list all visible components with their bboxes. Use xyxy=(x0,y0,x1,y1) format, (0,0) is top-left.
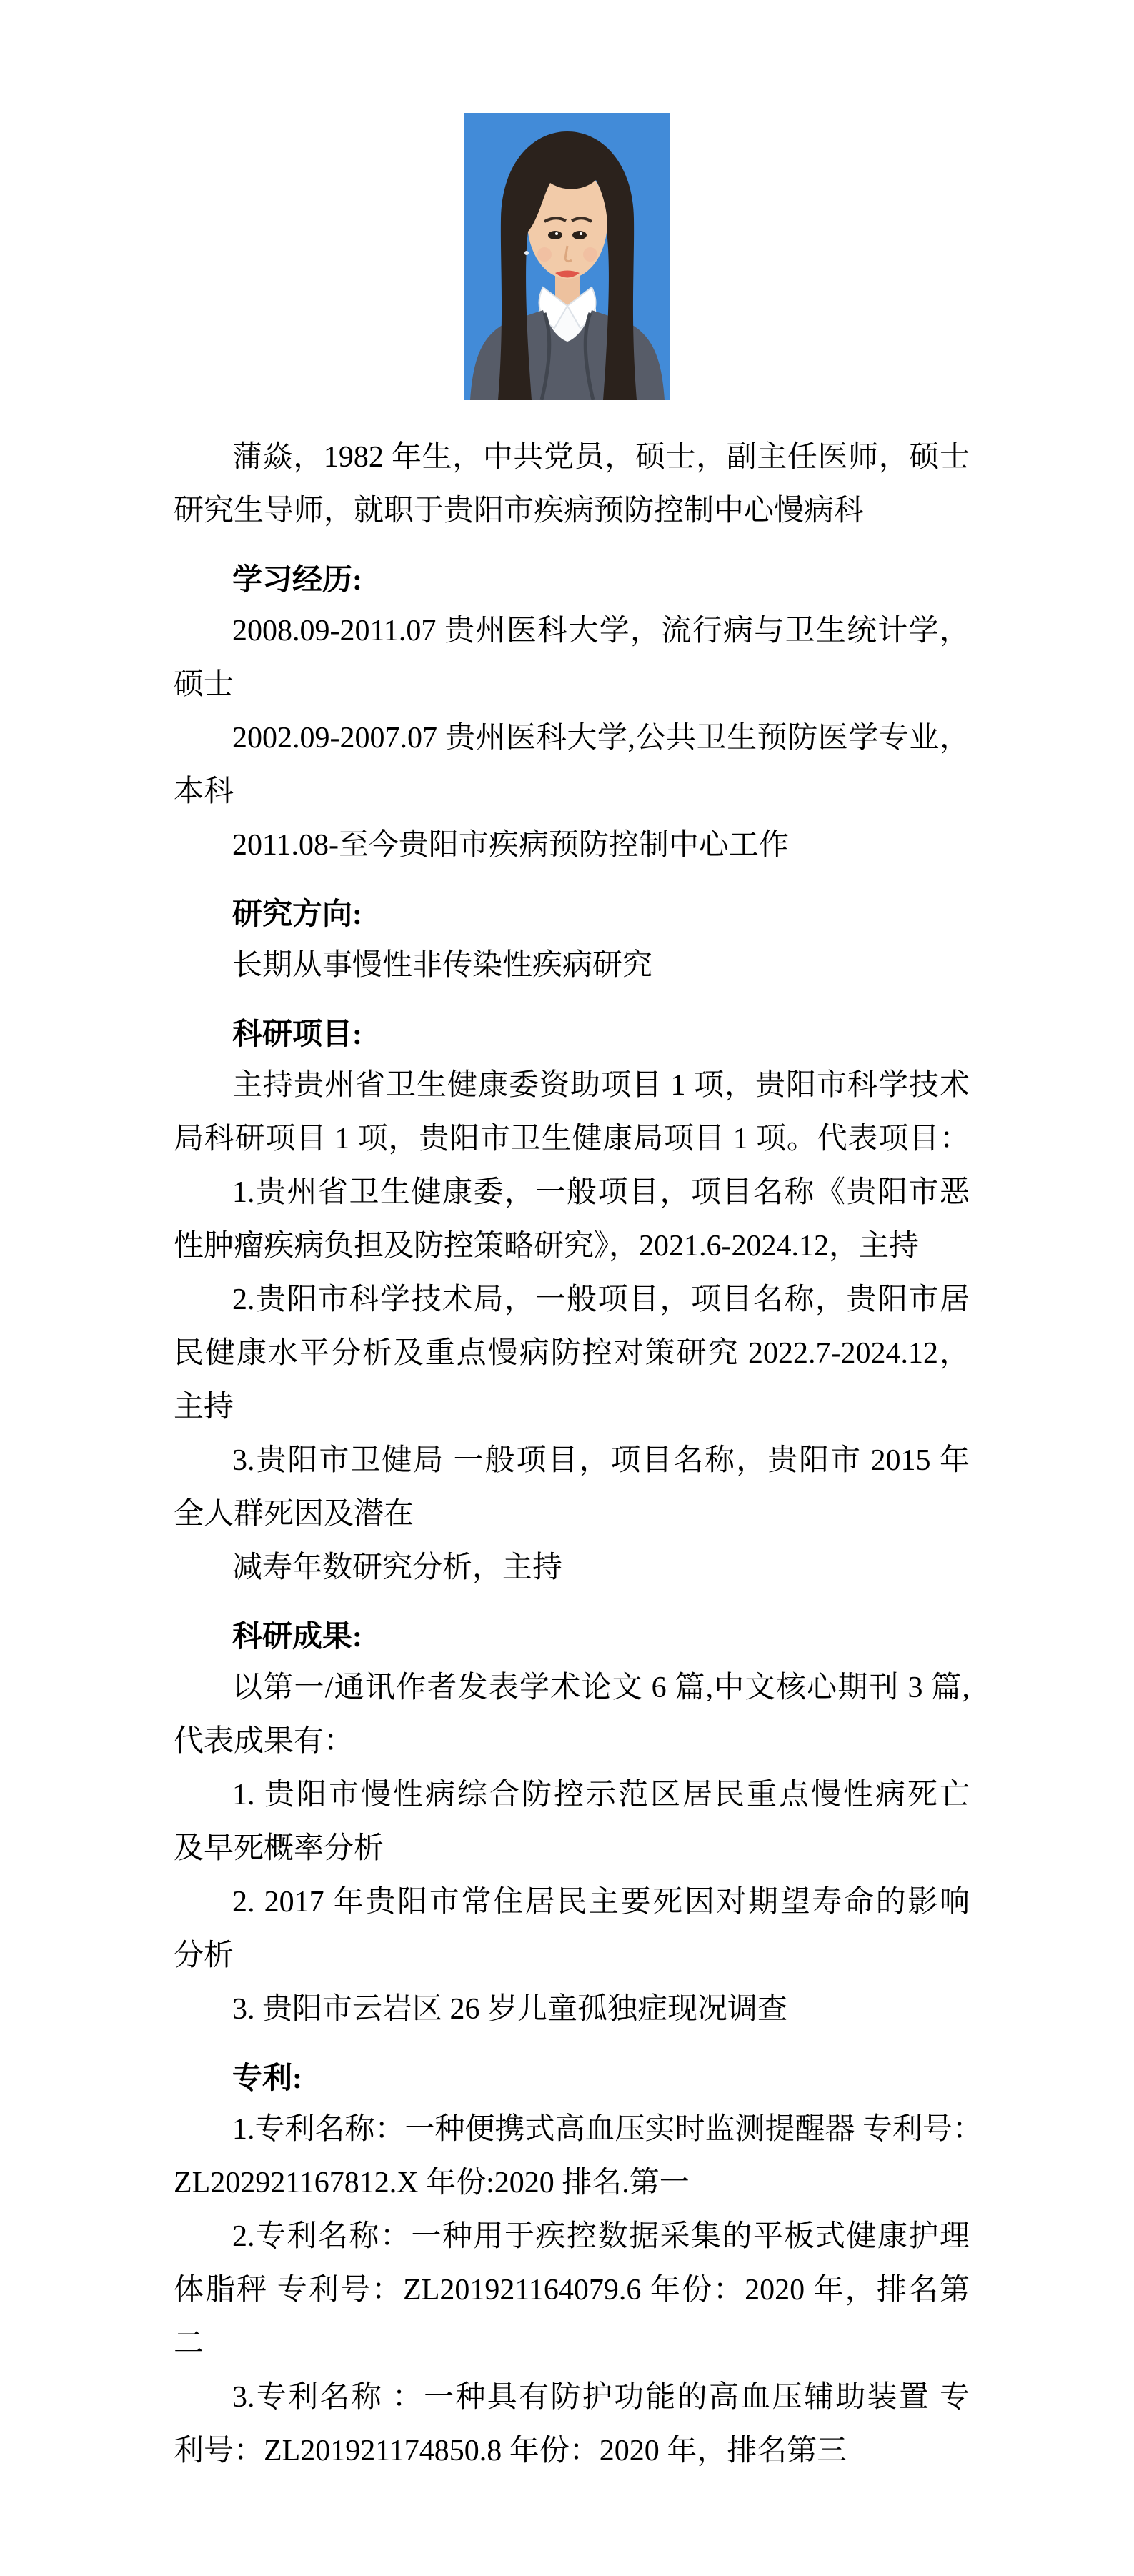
section-heading-patents: 专利: xyxy=(174,2052,970,2106)
intro-line-1: 蒲焱，1982 年生，中共党员，硕士，副主任医师，硕士 xyxy=(174,431,970,484)
section-heading-research-achievements: 科研成果: xyxy=(174,1611,970,1664)
eye-left xyxy=(548,231,562,239)
projects-line-2: 局科研项目 1 项，贵阳市卫生健康局项目 1 项。代表项目： xyxy=(174,1113,970,1166)
projects-line-8: 3.贵阳市卫健局 一般项目，项目名称，贵阳市 2015 年 xyxy=(174,1434,970,1488)
patents-line-1: 1.专利名称：一种便携式高血压实时监测提醒器 专利号： xyxy=(174,2103,970,2157)
resume-page: 蒲焱，1982 年生，中共党员，硕士，副主任医师，硕士 研究生导师，就职于贵阳市… xyxy=(0,0,1134,2576)
education-line-2: 硕士 xyxy=(174,658,970,712)
section-heading-research-direction: 研究方向: xyxy=(174,888,970,942)
eye-right xyxy=(572,231,587,239)
eye-highlight-right xyxy=(580,232,582,235)
education-line-4: 本科 xyxy=(174,765,970,819)
projects-line-3: 1.贵州省卫生健康委，一般项目，项目名称《贵阳市恶 xyxy=(174,1166,970,1220)
profile-photo xyxy=(464,113,670,400)
achievements-line-6: 分析 xyxy=(174,1929,970,1983)
patents-line-5: 二 xyxy=(174,2317,970,2371)
earring xyxy=(524,251,529,255)
patents-line-2: ZL202921167812.X 年份:2020 排名.第一 xyxy=(174,2157,970,2210)
section-heading-education: 学习经历: xyxy=(174,554,970,607)
projects-line-7: 主持 xyxy=(174,1381,970,1434)
patents-line-3: 2.专利名称：一种用于疾控数据采集的平板式健康护理 xyxy=(174,2210,970,2264)
projects-line-4: 性肿瘤疾病负担及防控策略研究》，2021.6-2024.12，主持 xyxy=(174,1220,970,1273)
achievements-line-4: 及早死概率分析 xyxy=(174,1822,970,1876)
projects-line-10: 减寿年数研究分析，主持 xyxy=(174,1541,970,1595)
education-line-5: 2011.08-至今贵阳市疾病预防控制中心工作 xyxy=(174,819,970,872)
projects-line-1: 主持贵州省卫生健康委资助项目 1 项，贵阳市科学技术 xyxy=(174,1059,970,1113)
education-line-1: 2008.09-2011.07 贵州医科大学，流行病与卫生统计学， xyxy=(174,605,970,658)
achievements-line-3: 1. 贵阳市慢性病综合防控示范区居民重点慢性病死亡 xyxy=(174,1769,970,1822)
projects-line-5: 2.贵阳市科学技术局，一般项目，项目名称，贵阳市居 xyxy=(174,1273,970,1327)
section-heading-research-projects: 科研项目: xyxy=(174,1008,970,1062)
projects-line-9: 全人群死因及潜在 xyxy=(174,1488,970,1541)
patents-line-6: 3.专利名称 ：一种具有防护功能的高血压辅助装置 专 xyxy=(174,2371,970,2425)
education-line-3: 2002.09-2007.07 贵州医科大学,公共卫生预防医学专业， xyxy=(174,712,970,765)
profile-content: 蒲焱，1982 年生，中共党员，硕士，副主任医师，硕士 研究生导师，就职于贵阳市… xyxy=(174,431,970,2478)
eye-highlight-left xyxy=(555,232,558,235)
projects-line-6: 民健康水平分析及重点慢病防控对策研究 2022.7-2024.12， xyxy=(174,1327,970,1381)
achievements-line-5: 2. 2017 年贵阳市常住居民主要死因对期望寿命的影响 xyxy=(174,1876,970,1929)
intro-line-2: 研究生导师，就职于贵阳市疾病预防控制中心慢病科 xyxy=(174,484,970,538)
blush-right xyxy=(583,247,597,262)
research-direction-line-1: 长期从事慢性非传染性疾病研究 xyxy=(174,939,970,993)
portrait-illustration xyxy=(464,113,670,400)
blush-left xyxy=(537,247,552,262)
achievements-line-7: 3. 贵阳市云岩区 26 岁儿童孤独症现况调查 xyxy=(174,1983,970,2037)
achievements-line-1: 以第一/通讯作者发表学术论文 6 篇,中文核心期刊 3 篇, xyxy=(174,1661,970,1715)
patents-line-4: 体脂秤 专利号：ZL201921164079.6 年份：2020 年，排名第 xyxy=(174,2264,970,2317)
patents-line-7: 利号：ZL201921174850.8 年份：2020 年，排名第三 xyxy=(174,2425,970,2478)
achievements-line-2: 代表成果有： xyxy=(174,1715,970,1769)
